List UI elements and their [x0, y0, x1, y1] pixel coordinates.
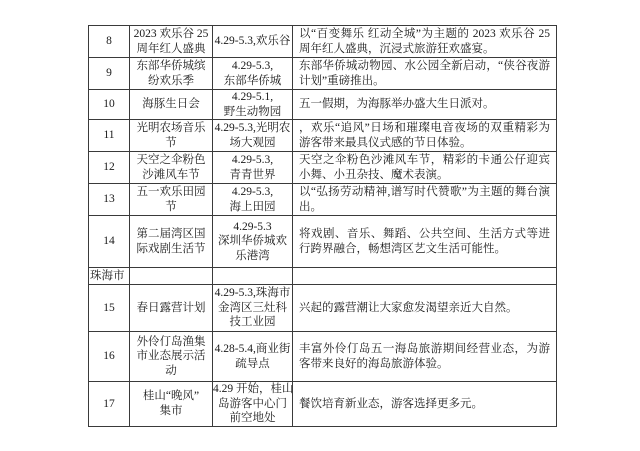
events-table: 8 2023 欢乐谷 25 周年红人盛典 4.29-5.3,欢乐谷 以“百变舞乐… [88, 25, 557, 427]
cell-number: 14 [89, 216, 130, 268]
cell-description: 将戏剧、音乐、舞蹈、公共空间、生活方式等进行跨界融合，畅想湾区艺文生活可能性。 [293, 216, 557, 268]
cell-event-name: 桂山“晚风” 集市 [130, 382, 213, 427]
cell-date-venue: 4.29-5.3,光明农 场大观园 [213, 120, 293, 152]
cell-date-venue: 4.29-5.3, 海上田园 [213, 184, 293, 216]
cell-event-name: 东部华侨城缤 纷欢乐季 [130, 58, 213, 90]
cell-number: 15 [89, 285, 130, 332]
table-row-12: 12 天空之伞粉色 沙滩风车节 4.29-5.3, 青青世界 天空之伞粉色沙滩风… [89, 152, 557, 184]
empty-cell [213, 268, 293, 285]
table-row-8: 8 2023 欢乐谷 25 周年红人盛典 4.29-5.3,欢乐谷 以“百变舞乐… [89, 26, 557, 58]
cell-date-venue: 4.29-5.3, 青青世界 [213, 152, 293, 184]
cell-description: 五一假期，为海豚举办盛大生日派对。 [293, 90, 557, 120]
empty-cell [293, 268, 557, 285]
cell-number: 17 [89, 382, 130, 427]
cell-event-name: 春日露营计划 [130, 285, 213, 332]
cell-description: 以“弘扬劳动精神,谱写时代赞歌”为主题的舞台演出。 [293, 184, 557, 216]
section-label-cell: 珠海市 [89, 268, 130, 285]
cell-date-venue: 4.29 开始，桂山 岛游客中心门 前空地处 [213, 382, 293, 427]
cell-description: 丰富外伶仃岛五一海岛旅游期间经营业态，为游客带来良好的海岛旅游体验。 [293, 332, 557, 382]
cell-event-name: 海豚生日会 [130, 90, 213, 120]
document-page: 8 2023 欢乐谷 25 周年红人盛典 4.29-5.3,欢乐谷 以“百变舞乐… [0, 0, 640, 451]
cell-description: ，欢乐“追风”日场和璀璨电音夜场的双重精彩为游客带来最具仪式感的节日体验。 [293, 120, 557, 152]
empty-cell [130, 268, 213, 285]
cell-number: 8 [89, 26, 130, 58]
table-row-13: 13 五一欢乐田园 节 4.29-5.3, 海上田园 以“弘扬劳动精神,谱写时代… [89, 184, 557, 216]
table-row-14: 14 第二届湾区国 际戏剧生活节 4.29-5.3 深圳华侨城欢 乐港湾 将戏剧… [89, 216, 557, 268]
cell-event-name: 光明农场音乐 节 [130, 120, 213, 152]
cell-description: 以“百变舞乐 红动全城”为主题的 2023 欢乐谷 25 周年红人盛典，沉浸式旅… [293, 26, 557, 58]
cell-event-name: 五一欢乐田园 节 [130, 184, 213, 216]
cell-description: 餐饮培育新业态，游客选择更多元。 [293, 382, 557, 427]
cell-event-name: 2023 欢乐谷 25 周年红人盛典 [130, 26, 213, 58]
table-row-11: 11 光明农场音乐 节 4.29-5.3,光明农 场大观园 ，欢乐“追风”日场和… [89, 120, 557, 152]
table-row-16: 16 外伶仃岛渔集 市业态展示活 动 4.28-5.4,商业街 疏导点 丰富外伶… [89, 332, 557, 382]
cell-number: 10 [89, 90, 130, 120]
cell-date-venue: 4.29-5.3, 东部华侨城 [213, 58, 293, 90]
cell-date-venue: 4.29-5.3,欢乐谷 [213, 26, 293, 58]
cell-date-venue: 4.29-5.3,珠海市 金湾区三灶科 技工业园 [213, 285, 293, 332]
cell-event-name: 外伶仃岛渔集 市业态展示活 动 [130, 332, 213, 382]
cell-number: 13 [89, 184, 130, 216]
table-row-15: 15 春日露营计划 4.29-5.3,珠海市 金湾区三灶科 技工业园 兴起的露营… [89, 285, 557, 332]
cell-date-venue: 4.29-5.1, 野生动物园 [213, 90, 293, 120]
cell-description: 东部华侨城动物园、水公园全新启动，“侠谷夜游计划”重磅推出。 [293, 58, 557, 90]
cell-event-name: 天空之伞粉色 沙滩风车节 [130, 152, 213, 184]
cell-number: 9 [89, 58, 130, 90]
cell-number: 12 [89, 152, 130, 184]
table-row-17: 17 桂山“晚风” 集市 4.29 开始，桂山 岛游客中心门 前空地处 餐饮培育… [89, 382, 557, 427]
cell-description: 兴起的露营潮让大家愈发渴望亲近大自然。 [293, 285, 557, 332]
cell-description: 天空之伞粉色沙滩风车节，精彩的卡通公仔迎宾小舞、小丑杂技、魔术表演。 [293, 152, 557, 184]
cell-date-venue: 4.28-5.4,商业街 疏导点 [213, 332, 293, 382]
cell-number: 11 [89, 120, 130, 152]
cell-date-venue: 4.29-5.3 深圳华侨城欢 乐港湾 [213, 216, 293, 268]
section-row-zhuhai: 珠海市 [89, 268, 557, 285]
cell-event-name: 第二届湾区国 际戏剧生活节 [130, 216, 213, 268]
table-row-9: 9 东部华侨城缤 纷欢乐季 4.29-5.3, 东部华侨城 东部华侨城动物园、水… [89, 58, 557, 90]
table-row-10: 10 海豚生日会 4.29-5.1, 野生动物园 五一假期，为海豚举办盛大生日派… [89, 90, 557, 120]
cell-number: 16 [89, 332, 130, 382]
